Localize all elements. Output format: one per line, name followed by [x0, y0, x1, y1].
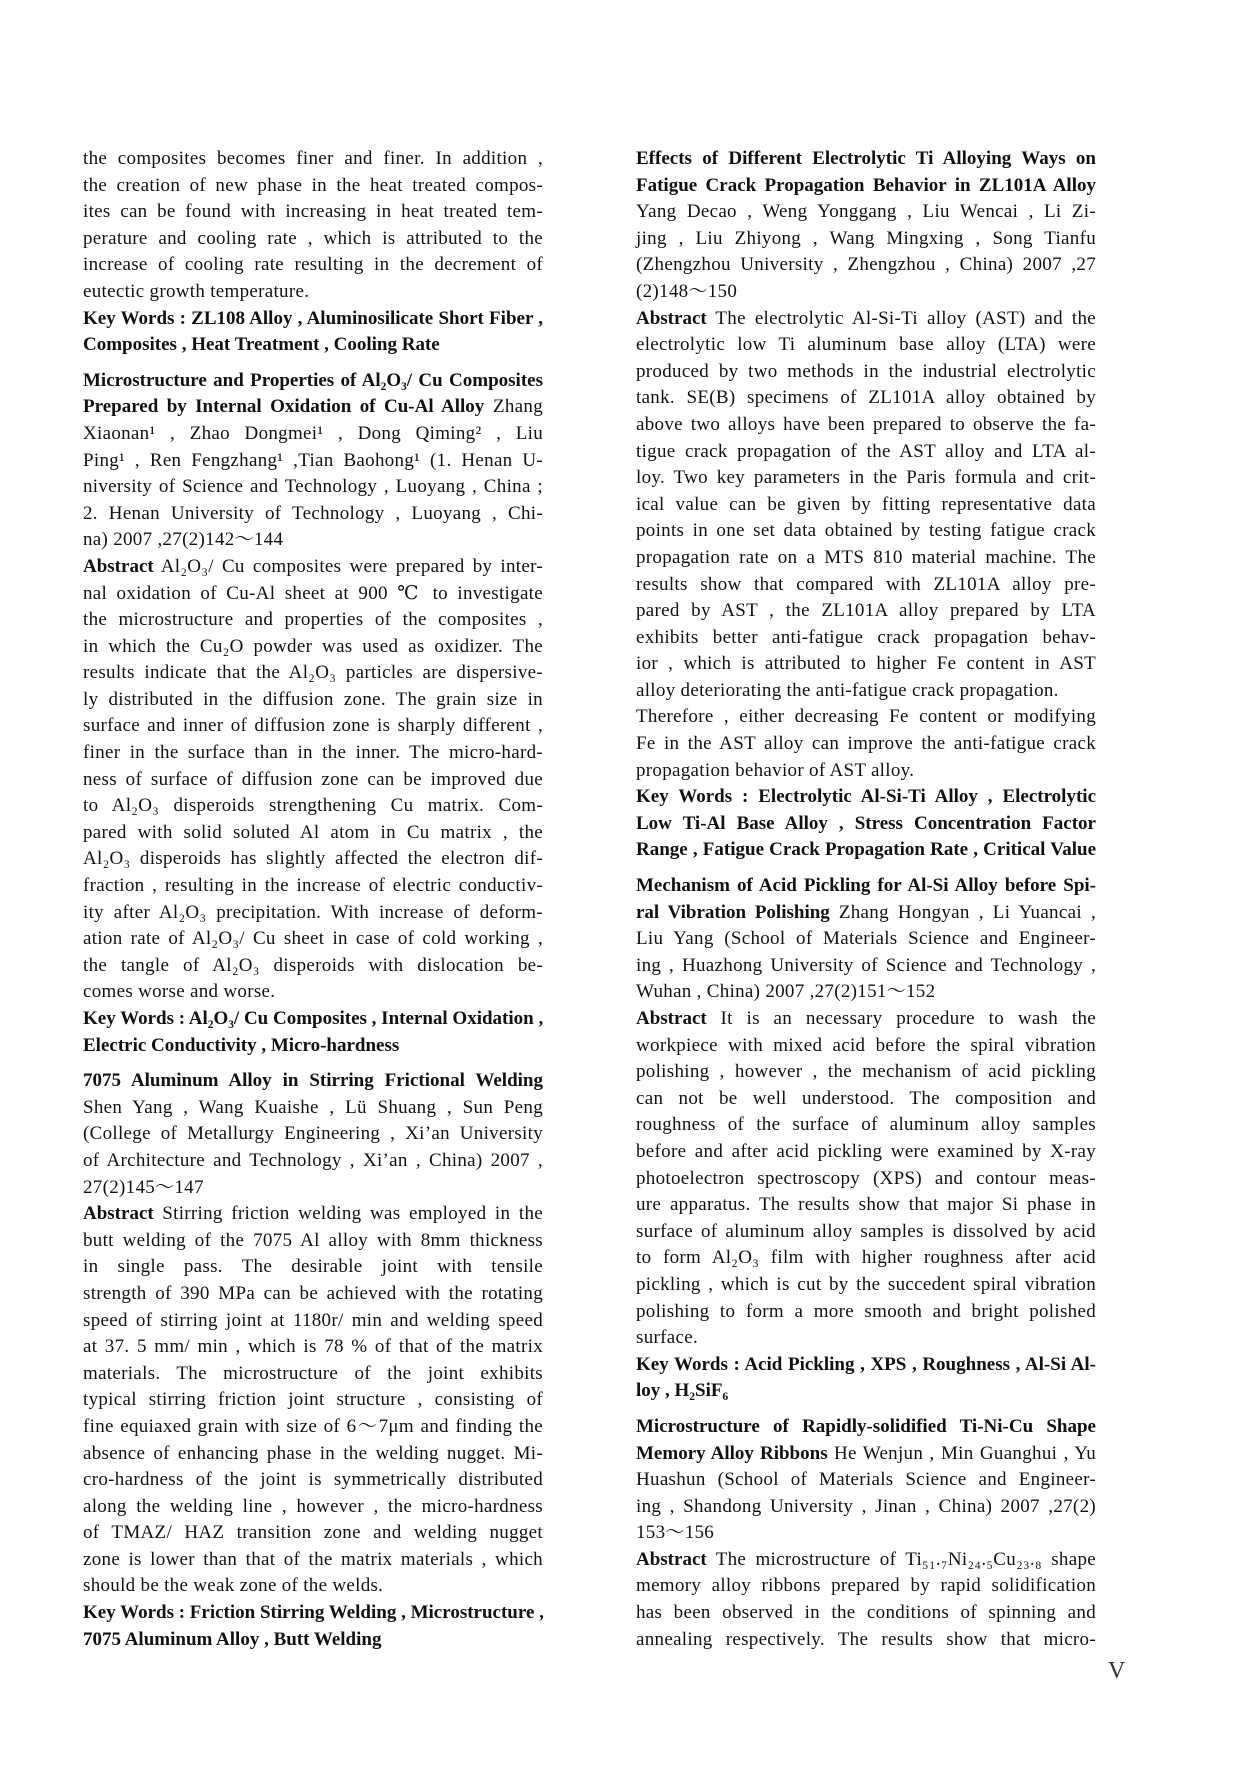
line-text: Zhang Hongyan , Li Yuancai , [830, 902, 1096, 923]
text-line: 27(2)145～147 [83, 1175, 543, 1202]
text-line: memory alloy ribbons prepared by rapid s… [636, 1573, 1096, 1600]
text-line: to Al₂O₃ disperoids strengthening Cu mat… [83, 793, 543, 820]
text-line: ites can be found with increasing in hea… [83, 199, 543, 226]
text-line: increase of cooling rate resulting in th… [83, 252, 543, 279]
heading-line: Range , Fatigue Crack Propagation Rate ,… [636, 837, 1096, 864]
line-text: The electrolytic Al-Si-Ti alloy (AST) an… [707, 308, 1096, 329]
heading-line: 7075 Aluminum Alloy in Stirring Friction… [83, 1068, 543, 1095]
text-line: fine equiaxed grain with size of 6～7μm a… [83, 1414, 543, 1441]
heading-line: Electric Conductivity , Micro-hardness [83, 1033, 543, 1060]
text-line: results show that compared with ZL101A a… [636, 572, 1096, 599]
text-line: polishing to form a more smooth and brig… [636, 1299, 1096, 1326]
text-line: ing , Huazhong University of Science and… [636, 953, 1096, 980]
text-line: polishing , however , the mechanism of a… [636, 1059, 1096, 1086]
text-line: fraction , resulting in the increase of … [83, 873, 543, 900]
text-line: at 37. 5 mm/ min , which is 78 % of that… [83, 1334, 543, 1361]
text-line: finer in the surface than in the inner. … [83, 740, 543, 767]
text-line: results indicate that the Al₂O₃ particle… [83, 660, 543, 687]
text-line: Abstract Al₂O₃/ Cu composites were prepa… [83, 554, 543, 581]
text-line: Fe in the AST alloy can improve the anti… [636, 731, 1096, 758]
text-line: Huashun (School of Materials Science and… [636, 1467, 1096, 1494]
bold-label: Prepared by Internal Oxidation of Cu-Al … [83, 396, 484, 417]
text-line: should be the weak zone of the welds. [83, 1573, 543, 1600]
text-line: along the welding line , however , the m… [83, 1494, 543, 1521]
text-line: Liu Yang (School of Materials Science an… [636, 926, 1096, 953]
bold-label: Abstract [636, 1549, 707, 1570]
text-line: speed of stirring joint at 1180r/ min an… [83, 1308, 543, 1335]
heading-line: Key Words : Friction Stirring Welding , … [83, 1600, 543, 1627]
text-line: Memory Alloy Ribbons He Wenjun , Min Gua… [636, 1441, 1096, 1468]
text-line: Prepared by Internal Oxidation of Cu-Al … [83, 394, 543, 421]
heading-line: Key Words : Acid Pickling , XPS , Roughn… [636, 1352, 1096, 1379]
text-line: (College of Metallurgy Engineering , Xi’… [83, 1121, 543, 1148]
text-line: 2. Henan University of Technology , Luoy… [83, 501, 543, 528]
text-line: to form Al₂O₃ film with higher roughness… [636, 1245, 1096, 1272]
text-line: Abstract It is an necessary procedure to… [636, 1006, 1096, 1033]
line-text: Stirring friction welding was employed i… [154, 1203, 543, 1224]
text-line: Abstract Stirring friction welding was e… [83, 1201, 543, 1228]
text-line: ness of surface of diffusion zone can be… [83, 767, 543, 794]
text-line: na) 2007 ,27(2)142～144 [83, 527, 543, 554]
text-line: pared with solid soluted Al atom in Cu m… [83, 820, 543, 847]
text-line: Yang Decao , Weng Yonggang , Liu Wencai … [636, 199, 1096, 226]
text-line: surface. [636, 1325, 1096, 1352]
text-line: propagation behavior of AST alloy. [636, 758, 1096, 785]
heading-line: Key Words : Al₂O₃/ Cu Composites , Inter… [83, 1006, 543, 1033]
bold-label: Abstract [636, 1008, 707, 1029]
text-line: tank. SE(B) specimens of ZL101A alloy ob… [636, 385, 1096, 412]
text-line: 153～156 [636, 1520, 1096, 1547]
heading-line: Mechanism of Acid Pickling for Al-Si All… [636, 873, 1096, 900]
text-line: Wuhan , China) 2007 ,27(2)151～152 [636, 979, 1096, 1006]
text-line: eutectic growth temperature. [83, 279, 543, 306]
text-line: ral Vibration Polishing Zhang Hongyan , … [636, 900, 1096, 927]
bold-label: Abstract [636, 308, 707, 329]
text-line: points in one set data obtained by testi… [636, 518, 1096, 545]
heading-line: 7075 Aluminum Alloy , Butt Welding [83, 1627, 543, 1654]
text-line: ly distributed in the diffusion zone. Th… [83, 687, 543, 714]
text-line: Xiaonan¹ , Zhao Dongmei¹ , Dong Qiming² … [83, 421, 543, 448]
text-line: Ping¹ , Ren Fengzhang¹ ,Tian Baohong¹ (1… [83, 448, 543, 475]
heading-line: Microstructure of Rapidly-solidified Ti-… [636, 1414, 1096, 1441]
text-line: cro-hardness of the joint is symmetrical… [83, 1467, 543, 1494]
text-line: niversity of Science and Technology , Lu… [83, 474, 543, 501]
heading-line: Low Ti-Al Base Alloy , Stress Concentrat… [636, 811, 1096, 838]
text-line: Therefore , either decreasing Fe content… [636, 704, 1096, 731]
text-line: propagation rate on a MTS 810 material m… [636, 545, 1096, 572]
text-line: ical value can be given by fitting repre… [636, 492, 1096, 519]
text-line: in which the Cu₂O powder was used as oxi… [83, 634, 543, 661]
text-line: exhibits better anti-fatigue crack propa… [636, 625, 1096, 652]
bold-label: Abstract [83, 1203, 154, 1224]
text-line: Abstract The microstructure of Ti₅₁.₇Ni₂… [636, 1547, 1096, 1574]
text-line: before and after acid pickling were exam… [636, 1139, 1096, 1166]
text-line: produced by two methods in the industria… [636, 359, 1096, 386]
text-line: of Architecture and Technology , Xi’an ,… [83, 1148, 543, 1175]
section-gap [636, 1405, 1096, 1414]
text-line: Shen Yang , Wang Kuaishe , Lü Shuang , S… [83, 1095, 543, 1122]
heading-line: Effects of Different Electrolytic Ti All… [636, 146, 1096, 173]
text-line: perature and cooling rate , which is att… [83, 226, 543, 253]
text-line: has been observed in the conditions of s… [636, 1600, 1096, 1627]
bold-label: Abstract [83, 556, 154, 577]
text-line: butt welding of the 7075 Al alloy with 8… [83, 1228, 543, 1255]
heading-line: Key Words : Electrolytic Al-Si-Ti Alloy … [636, 784, 1096, 811]
text-line: the tangle of Al₂O₃ disperoids with disl… [83, 953, 543, 980]
text-line: zone is lower than that of the matrix ma… [83, 1547, 543, 1574]
text-line: electrolytic low Ti aluminum base alloy … [636, 332, 1096, 359]
text-line: pickling , which is cut by the succedent… [636, 1272, 1096, 1299]
section-gap [636, 864, 1096, 873]
text-line: materials. The microstructure of the joi… [83, 1361, 543, 1388]
line-text: It is an necessary procedure to wash the [707, 1008, 1096, 1029]
text-line: typical stirring friction joint structur… [83, 1387, 543, 1414]
text-line: ing , Shandong University , Jinan , Chin… [636, 1494, 1096, 1521]
bold-label: ral Vibration Polishing [636, 902, 830, 923]
text-line: surface and inner of diffusion zone is s… [83, 713, 543, 740]
text-line: the microstructure and properties of the… [83, 607, 543, 634]
text-line: above two alloys have been prepared to o… [636, 412, 1096, 439]
text-line: absence of enhancing phase in the weldin… [83, 1441, 543, 1468]
line-text: He Wenjun , Min Guanghui , Yu [828, 1443, 1096, 1464]
bold-label: Memory Alloy Ribbons [636, 1443, 828, 1464]
text-line: ure apparatus. The results show that maj… [636, 1192, 1096, 1219]
text-line: Al₂O₃ disperoids has slightly affected t… [83, 846, 543, 873]
text-line: (2)148～150 [636, 279, 1096, 306]
text-line: pared by AST , the ZL101A alloy prepared… [636, 598, 1096, 625]
section-gap [83, 359, 543, 368]
text-line: the composites becomes finer and finer. … [83, 146, 543, 173]
text-line: tigue crack propagation of the AST alloy… [636, 439, 1096, 466]
heading-line: Key Words : ZL108 Alloy , Aluminosilicat… [83, 306, 543, 333]
text-line: of TMAZ/ HAZ transition zone and welding… [83, 1520, 543, 1547]
heading-line: Microstructure and Properties of Al₂O₃/ … [83, 368, 543, 395]
text-line: annealing respectively. The results show… [636, 1627, 1096, 1654]
text-line: ation rate of Al₂O₃/ Cu sheet in case of… [83, 926, 543, 953]
section-gap [83, 1059, 543, 1068]
line-text: Zhang [484, 396, 543, 417]
line-text: Al₂O₃/ Cu composites were prepared by in… [154, 556, 543, 577]
text-line: comes worse and worse. [83, 979, 543, 1006]
text-line: can not be well understood. The composit… [636, 1086, 1096, 1113]
heading-line: Composites , Heat Treatment , Cooling Ra… [83, 332, 543, 359]
page-number: V [1108, 1658, 1125, 1685]
text-line: nal oxidation of Cu-Al sheet at 900 ℃ to… [83, 581, 543, 608]
text-line: the creation of new phase in the heat tr… [83, 173, 543, 200]
text-line: jing , Liu Zhiyong , Wang Mingxing , Son… [636, 226, 1096, 253]
heading-line: Fatigue Crack Propagation Behavior in ZL… [636, 173, 1096, 200]
text-line: in single pass. The desirable joint with… [83, 1254, 543, 1281]
text-line: loy. Two key parameters in the Paris for… [636, 465, 1096, 492]
left-column: the composites becomes finer and finer. … [83, 146, 543, 1653]
text-line: roughness of the surface of aluminum all… [636, 1112, 1096, 1139]
line-text: The microstructure of Ti₅₁.₇Ni₂₄.₅Cu₂₃.₈… [707, 1549, 1096, 1570]
right-column: Effects of Different Electrolytic Ti All… [636, 146, 1096, 1653]
text-line: alloy deteriorating the anti-fatigue cra… [636, 678, 1096, 705]
heading-line: loy , H₂SiF₆ [636, 1378, 1096, 1405]
text-line: surface of aluminum alloy samples is dis… [636, 1219, 1096, 1246]
text-line: (Zhengzhou University , Zhengzhou , Chin… [636, 252, 1096, 279]
text-line: ity after Al₂O₃ precipitation. With incr… [83, 900, 543, 927]
text-line: workpiece with mixed acid before the spi… [636, 1033, 1096, 1060]
text-line: Abstract The electrolytic Al-Si-Ti alloy… [636, 306, 1096, 333]
text-line: strength of 390 MPa can be achieved with… [83, 1281, 543, 1308]
text-line: ior , which is attributed to higher Fe c… [636, 651, 1096, 678]
text-line: photoelectron spectroscopy (XPS) and con… [636, 1166, 1096, 1193]
